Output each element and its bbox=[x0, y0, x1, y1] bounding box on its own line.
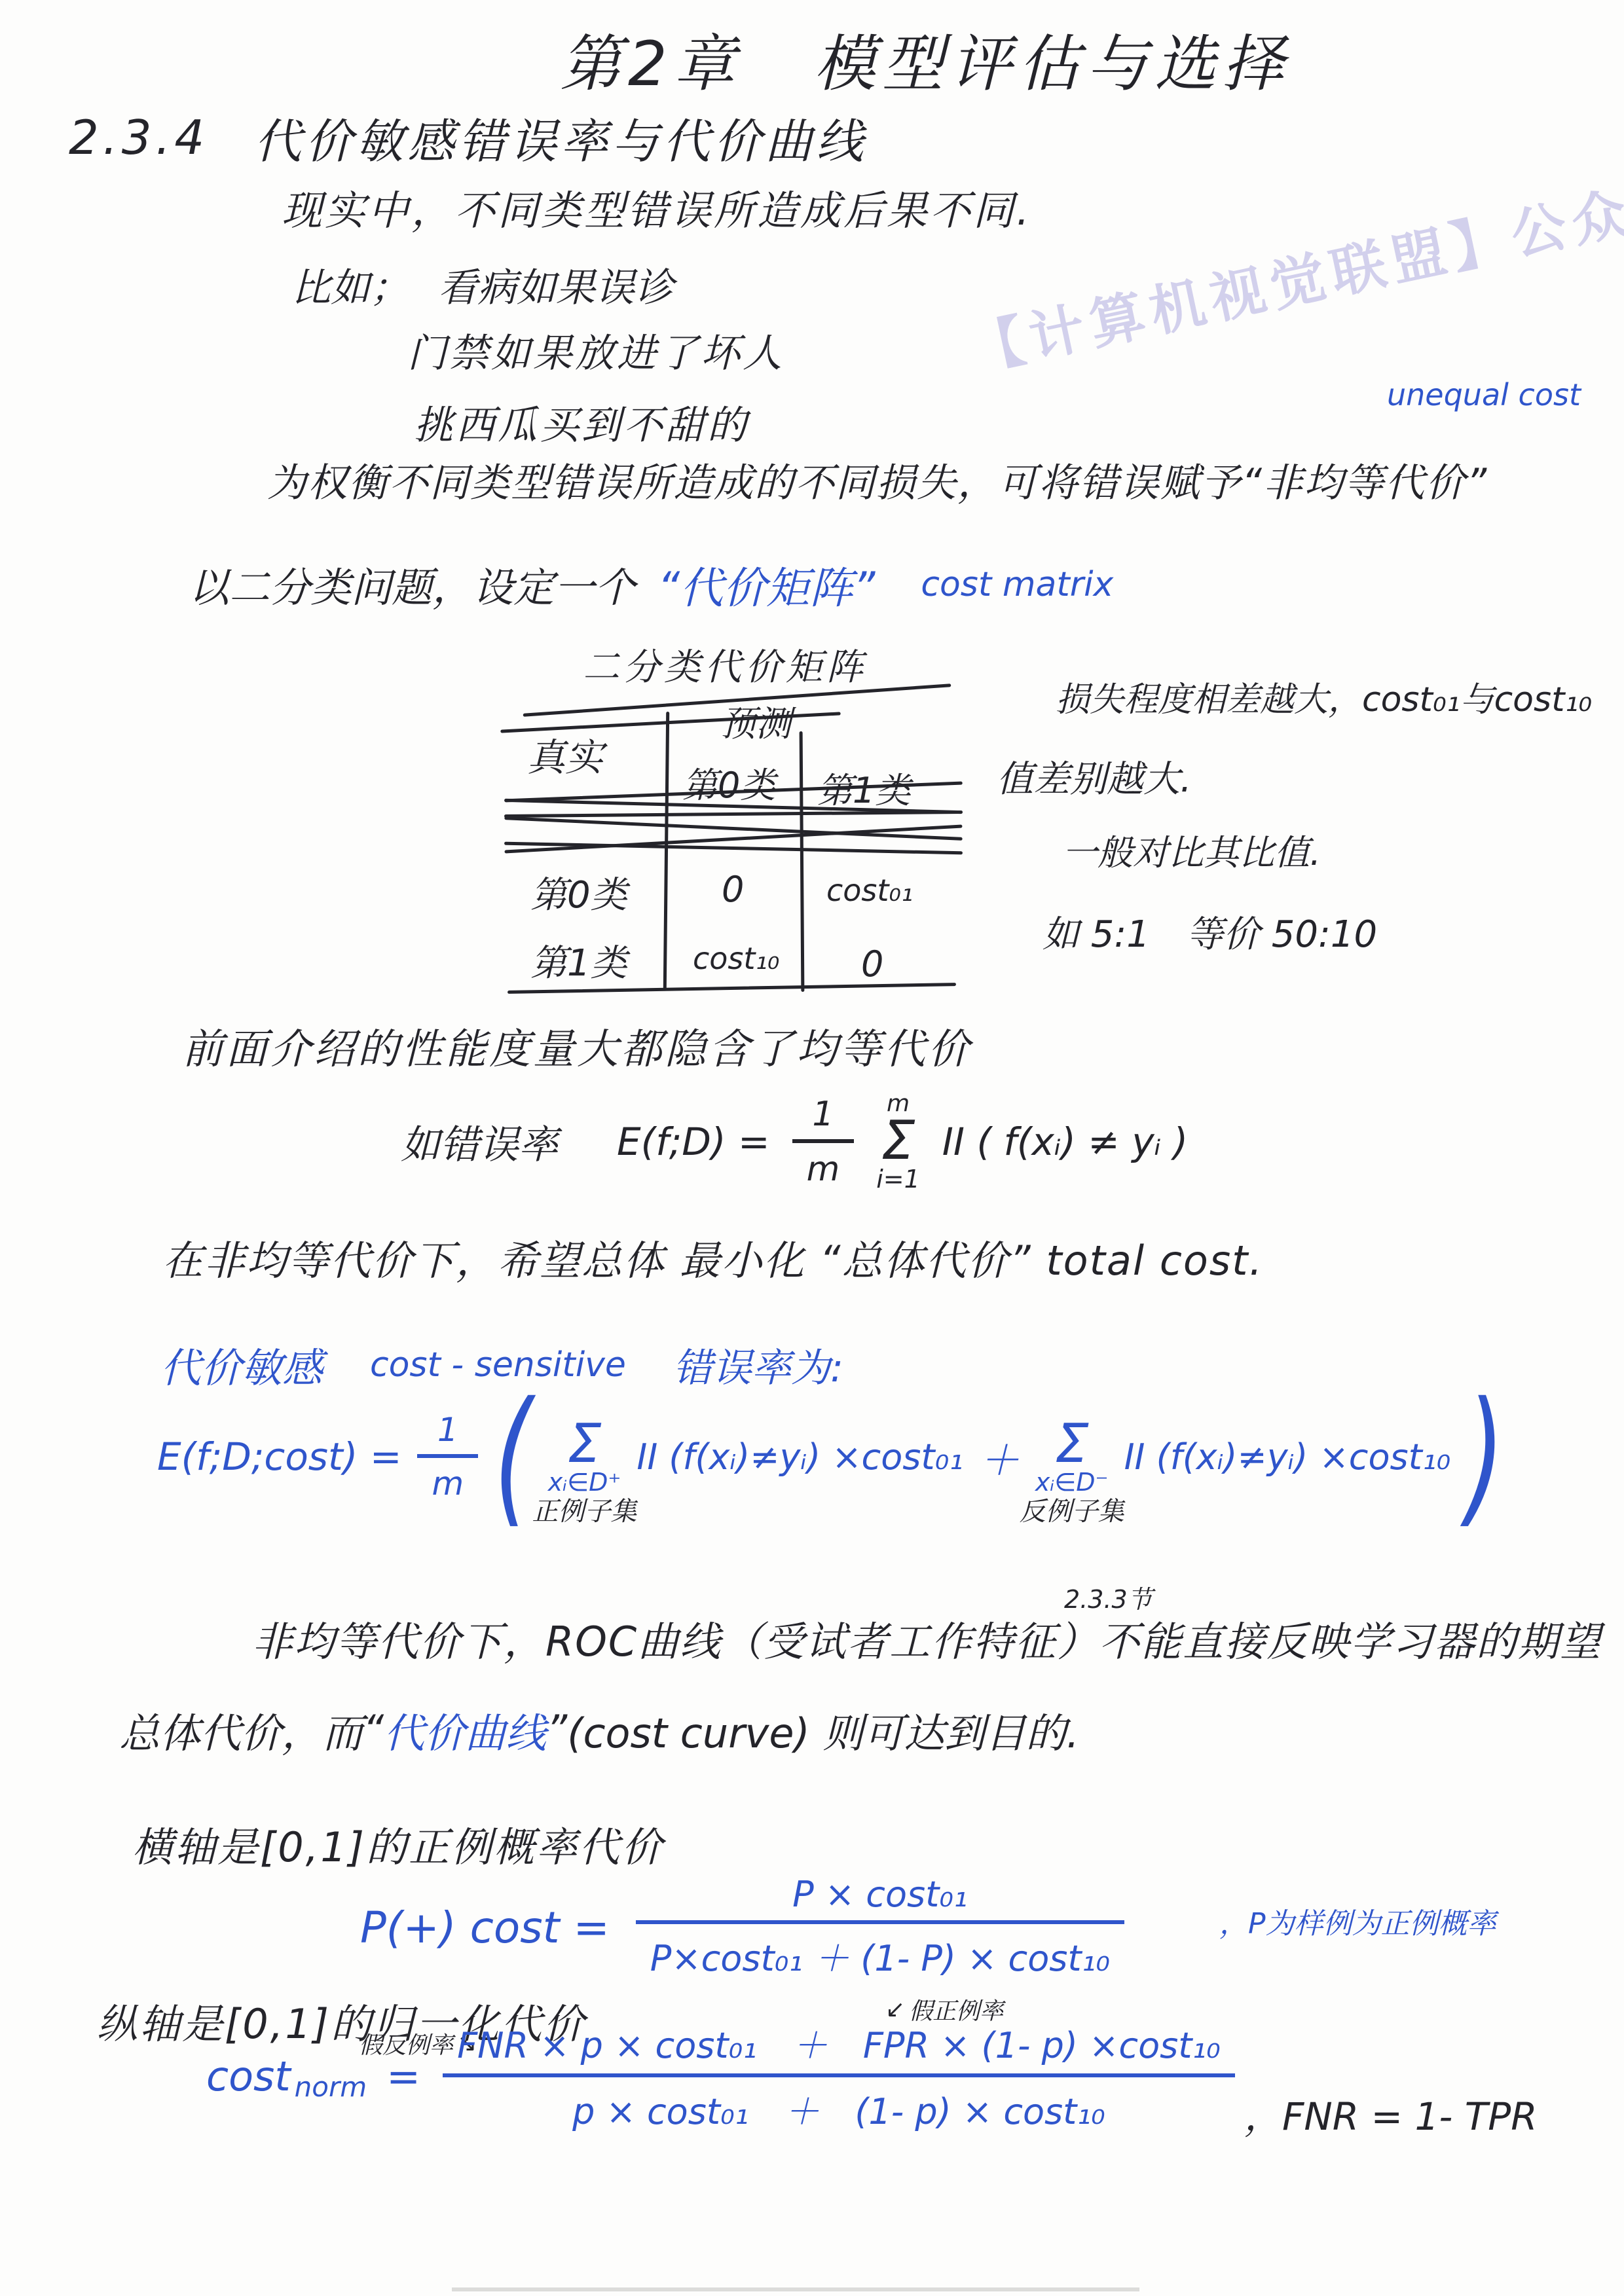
sum-icon: Σ bbox=[1055, 1419, 1089, 1470]
section-title: 代价敏感错误率与代价曲线 bbox=[254, 103, 867, 172]
erate-frac-den: m bbox=[792, 1143, 855, 1189]
intro-for-example: 比如； bbox=[291, 257, 409, 313]
pcost-lhs: P(+) cost = bbox=[360, 1903, 610, 1953]
cost-matrix-table: 二分类代价矩阵 真实 预测 第0类 第1类 第0类 0 cost₀₁ 第1类 c… bbox=[504, 638, 963, 1005]
fnr-tpr-note: ，FNR = 1- TPR bbox=[1244, 2086, 1538, 2141]
pcost-formula: P(+) cost = P × cost₀₁ P×cost₀₁ ＋ (1- P)… bbox=[360, 1874, 1124, 1981]
matrix-note-2: 值差别越大. bbox=[997, 750, 1192, 803]
cs-lhs: E(f;D;cost) = bbox=[157, 1434, 401, 1479]
section-number: 2.3.4 bbox=[69, 110, 208, 165]
close-quote: ” bbox=[546, 1706, 567, 1754]
cost-matrix-term-en: cost matrix bbox=[921, 565, 1113, 604]
matrix-note-3: 一般对比其比值. bbox=[1062, 825, 1321, 875]
sum-negative-domain: xᵢ∈D⁻ bbox=[1035, 1470, 1109, 1495]
cost-sensitive-formula: E(f;D;cost) = 1 m ( Σ xᵢ∈D⁺ 正例子集 II (f(x… bbox=[157, 1408, 1505, 1506]
cost-curve-term-cn: 代价曲线 bbox=[384, 1701, 546, 1759]
example-gate: 门禁如果放进了坏人 bbox=[407, 322, 784, 378]
unequal-cost-annotation: unequal cost bbox=[1387, 377, 1581, 412]
table-vline-2 bbox=[800, 731, 805, 992]
negative-subset-note: 反例子集 bbox=[1020, 1499, 1124, 1525]
table-pred-label: 预测 bbox=[720, 696, 791, 746]
open-paren: ( bbox=[494, 1383, 532, 1531]
chapter-title: 模型评估与选择 bbox=[814, 14, 1291, 103]
table-cell-10: cost₁₀ bbox=[693, 941, 779, 976]
weigh-line: 为权衡不同类型错误所造成的不同损失，可将错误赋予“非均等代价” bbox=[267, 452, 1488, 508]
example-melon: 挑西瓜买到不甜的 bbox=[414, 394, 749, 450]
table-vline-1 bbox=[663, 712, 669, 990]
erate-lhs: E(f;D) = bbox=[617, 1120, 770, 1164]
intro-reality-line: 现实中，不同类型错误所造成后果不同. bbox=[282, 178, 1032, 236]
cost-matrix-term-cn: “代价矩阵” bbox=[657, 553, 875, 615]
costnorm-numerator: FNR × p × cost₀₁ ＋ FPR × (1- p) ×cost₁₀ bbox=[443, 2018, 1235, 2077]
sum-icon: Σ bbox=[568, 1419, 602, 1470]
costnorm-equals: = bbox=[386, 2052, 420, 2100]
table-cell-01: cost₀₁ bbox=[826, 873, 913, 908]
chapter-number: 第2章 bbox=[560, 14, 742, 103]
pcost-numerator: P × cost₀₁ bbox=[636, 1874, 1124, 1924]
cs-term-1: II (f(xᵢ)≠yᵢ) ×cost₀₁ bbox=[637, 1436, 963, 1478]
table-cell-11: 0 bbox=[861, 943, 883, 985]
positive-subset-note: 正例子集 bbox=[532, 1499, 637, 1525]
table-col0-header: 第0类 bbox=[682, 757, 775, 808]
erate-body: II ( f(xᵢ) ≠ yᵢ ) bbox=[942, 1120, 1188, 1164]
roc-section-superscript: 2.3.3节 bbox=[1064, 1579, 1153, 1615]
scribble-line bbox=[504, 811, 963, 818]
table-row0-label: 第0类 bbox=[530, 866, 627, 919]
open-quote: “ bbox=[363, 1706, 384, 1754]
scan-artifact bbox=[452, 2287, 1139, 2291]
error-rate-label: 如错误率 bbox=[401, 1114, 558, 1170]
cost-sensitive-cn: 代价敏感 bbox=[160, 1336, 323, 1394]
pcost-denominator: P×cost₀₁ ＋ (1- P) × cost₁₀ bbox=[636, 1924, 1124, 1981]
close-paren: ) bbox=[1466, 1383, 1505, 1531]
watermark: 【计算机视觉联盟】公众号 bbox=[961, 155, 1624, 386]
table-row1-label: 第1类 bbox=[530, 934, 627, 987]
example-misdiagnosis: 看病如果误诊 bbox=[438, 257, 674, 313]
goal-black-b: (cost curve) 则可达到目的. bbox=[567, 1701, 1079, 1759]
total-cost-line: 在非均等代价下，希望总体 最小化 “总体代价” total cost. bbox=[162, 1228, 1263, 1286]
matrix-note-4: 如 5:1 等价 50:10 bbox=[1043, 905, 1377, 958]
x-axis-line: 横轴是[0,1]的正例概率代价 bbox=[132, 1815, 664, 1873]
cost-sensitive-tail: 错误率为: bbox=[673, 1337, 843, 1393]
cs-frac-num: 1 bbox=[417, 1411, 478, 1458]
cs-term-2: II (f(xᵢ)≠yᵢ) ×cost₁₀ bbox=[1124, 1436, 1451, 1478]
matrix-note-1: 损失程度相差越大，cost₀₁与cost₁₀ bbox=[1056, 672, 1592, 721]
sum-icon: Σ bbox=[881, 1116, 915, 1167]
cs-frac-den: m bbox=[417, 1458, 478, 1503]
cost-curve-line: 总体代价，而 “ 代价曲线 ” (cost curve) 则可达到目的. bbox=[119, 1701, 1079, 1759]
plus-sign: ＋ bbox=[979, 1428, 1020, 1486]
uniform-cost-line: 前面介绍的性能度量大都隐含了均等代价 bbox=[182, 1016, 972, 1076]
costnorm-base: cost bbox=[206, 2052, 291, 2100]
costnorm-subscript: norm bbox=[295, 2071, 367, 2103]
sum-positive-domain: xᵢ∈D⁺ bbox=[548, 1470, 621, 1495]
binary-problem-text: 以二分类问题，设定一个 bbox=[189, 555, 635, 613]
sum-lower-limit: i=1 bbox=[876, 1167, 920, 1192]
cost-matrix-caption: 二分类代价矩阵 bbox=[583, 638, 867, 691]
costnorm-formula: cost norm = FNR × p × cost₀₁ ＋ FPR × (1-… bbox=[206, 2018, 1235, 2134]
notebook-page: 【计算机视觉联盟】公众号 第2章 模型评估与选择 2.3.4 代价敏感错误率与代… bbox=[0, 0, 1624, 2296]
goal-black-a: 总体代价，而 bbox=[119, 1701, 363, 1759]
pcost-note: ，P为样例为正例概率 bbox=[1219, 1900, 1496, 1942]
erate-frac-num: 1 bbox=[792, 1095, 855, 1143]
table-cell-00: 0 bbox=[722, 869, 744, 910]
roc-line: 非均等代价下，ROC曲线（受试者工作特征）不能直接反映学习器的期望 bbox=[252, 1609, 1602, 1667]
costnorm-denominator: p × cost₀₁ ＋ (1- p) × cost₁₀ bbox=[443, 2077, 1235, 2134]
error-rate-formula: 如错误率 E(f;D) = 1 m m Σ i=1 II ( f(xᵢ) ≠ y… bbox=[401, 1092, 1188, 1192]
table-truth-label: 真实 bbox=[527, 727, 603, 782]
